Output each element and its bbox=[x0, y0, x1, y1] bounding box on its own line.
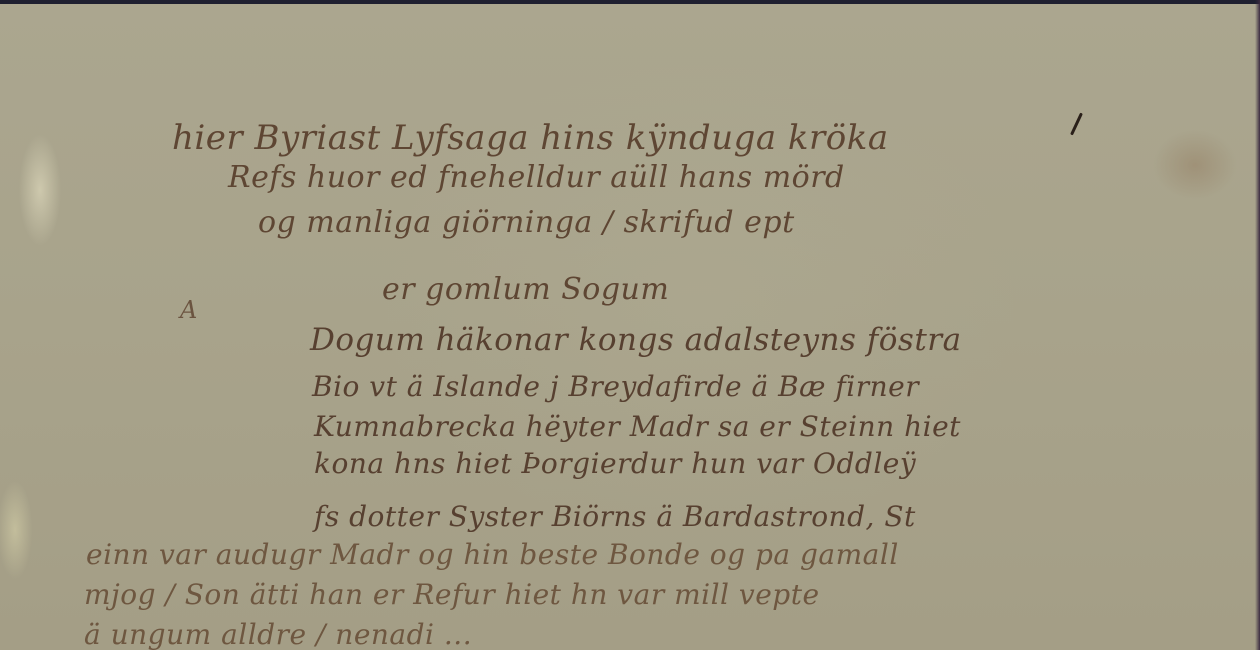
title-line-2: Refs huor ed fnehelldur aüll hans mörd bbox=[228, 160, 845, 195]
page-top-edge bbox=[0, 0, 1260, 4]
body-line-2: Bio vt ä Islande j Breydafirde ä Bæ firn… bbox=[312, 370, 919, 403]
ink-slash-mark bbox=[1070, 112, 1083, 135]
title-line-1: hier Byriast Lyfsaga hins kÿnduga kröka bbox=[172, 118, 889, 158]
body-line-8: ä ungum alldre / nenadi ... bbox=[84, 618, 472, 650]
body-line-6: einn var audugr Madr og hin beste Bonde … bbox=[86, 538, 899, 571]
margin-mark: A bbox=[180, 296, 197, 324]
body-line-1: Dogum häkonar kongs adalsteyns föstra bbox=[310, 322, 962, 358]
body-line-4: kona hns hiet Þorgierdur hun var Oddleÿ bbox=[314, 447, 916, 480]
title-line-3: og manliga giörninga / skrifud ept bbox=[258, 205, 795, 240]
body-line-3: Kumnabrecka hëyter Madr sa er Steinn hie… bbox=[314, 410, 961, 443]
body-line-5: fs dotter Syster Biörns ä Bardastrond, S… bbox=[314, 500, 916, 533]
page-right-edge bbox=[1255, 0, 1260, 650]
manuscript-page: hier Byriast Lyfsaga hins kÿnduga kröka … bbox=[0, 0, 1260, 650]
body-line-7: mjog / Son ätti han er Refur hiet hn var… bbox=[84, 578, 820, 611]
title-line-4: er gomlum Sogum bbox=[382, 272, 669, 307]
